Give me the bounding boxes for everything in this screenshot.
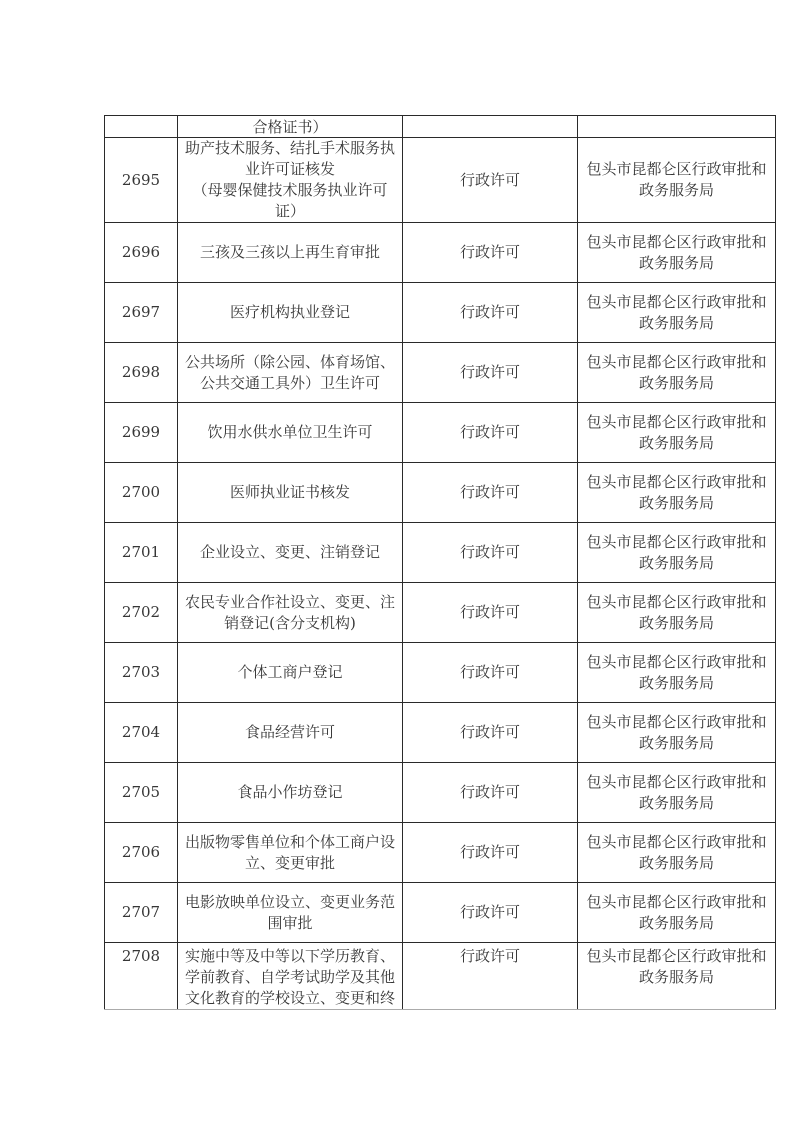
table-row: 2707 电影放映单位设立、变更业务范 围审批 行政许可 包头市昆都仑区行政审批… (105, 883, 776, 943)
item-type-cell: 行政许可 (403, 643, 578, 703)
item-type-cell: 行政许可 (403, 343, 578, 403)
row-number-cell: 2704 (105, 703, 178, 763)
department-cell: 包头市昆都仑区行政审批和 政务服务局 (578, 643, 776, 703)
item-name-cell: 助产技术服务、结扎手术服务执 业许可证核发 （母婴保健技术服务执业许可 证） (178, 138, 403, 223)
row-number-cell: 2705 (105, 763, 178, 823)
item-name-cell: 个体工商户登记 (178, 643, 403, 703)
table-row: 2695 助产技术服务、结扎手术服务执 业许可证核发 （母婴保健技术服务执业许可… (105, 138, 776, 223)
item-name-cell: 三孩及三孩以上再生育审批 (178, 223, 403, 283)
department-cell: 包头市昆都仑区行政审批和 政务服务局 (578, 463, 776, 523)
table-row: 2708 实施中等及中等以下学历教育、 学前教育、自学考试助学及其他 文化教育的… (105, 943, 776, 1010)
item-name-cell: 企业设立、变更、注销登记 (178, 523, 403, 583)
item-type-cell: 行政许可 (403, 403, 578, 463)
item-name-cell: 食品经营许可 (178, 703, 403, 763)
table-row: 2704 食品经营许可 行政许可 包头市昆都仑区行政审批和 政务服务局 (105, 703, 776, 763)
item-name-cell: 饮用水供水单位卫生许可 (178, 403, 403, 463)
row-number-cell: 2703 (105, 643, 178, 703)
table-row: 2703 个体工商户登记 行政许可 包头市昆都仑区行政审批和 政务服务局 (105, 643, 776, 703)
row-number-cell: 2707 (105, 883, 178, 943)
document-page: 合格证书） 2695 助产技术服务、结扎手术服务执 业许可证核发 （母婴保健技术… (0, 0, 793, 1122)
item-name-cell: 食品小作坊登记 (178, 763, 403, 823)
item-type-cell: 行政许可 (403, 223, 578, 283)
item-type-cell: 行政许可 (403, 523, 578, 583)
department-cell: 包头市昆都仑区行政审批和 政务服务局 (578, 823, 776, 883)
row-number-cell (105, 116, 178, 138)
department-cell: 包头市昆都仑区行政审批和 政务服务局 (578, 703, 776, 763)
table-row: 2701 企业设立、变更、注销登记 行政许可 包头市昆都仑区行政审批和 政务服务… (105, 523, 776, 583)
row-number-cell: 2702 (105, 583, 178, 643)
approval-items-table: 合格证书） 2695 助产技术服务、结扎手术服务执 业许可证核发 （母婴保健技术… (104, 115, 776, 1010)
table-row: 2705 食品小作坊登记 行政许可 包头市昆都仑区行政审批和 政务服务局 (105, 763, 776, 823)
item-name-cell: 合格证书） (178, 116, 403, 138)
table-row: 2698 公共场所（除公园、体育场馆、 公共交通工具外）卫生许可 行政许可 包头… (105, 343, 776, 403)
row-number-cell: 2697 (105, 283, 178, 343)
department-cell (578, 116, 776, 138)
department-cell: 包头市昆都仑区行政审批和 政务服务局 (578, 763, 776, 823)
table-row: 2696 三孩及三孩以上再生育审批 行政许可 包头市昆都仑区行政审批和 政务服务… (105, 223, 776, 283)
item-name-cell: 电影放映单位设立、变更业务范 围审批 (178, 883, 403, 943)
table-row: 2706 出版物零售单位和个体工商户设 立、变更审批 行政许可 包头市昆都仑区行… (105, 823, 776, 883)
row-number-cell: 2706 (105, 823, 178, 883)
department-cell: 包头市昆都仑区行政审批和 政务服务局 (578, 943, 776, 1010)
row-number-cell: 2698 (105, 343, 178, 403)
item-type-cell: 行政许可 (403, 883, 578, 943)
item-name-cell: 医师执业证书核发 (178, 463, 403, 523)
table-row: 2702 农民专业合作社设立、变更、注 销登记(含分支机构) 行政许可 包头市昆… (105, 583, 776, 643)
item-name-cell: 农民专业合作社设立、变更、注 销登记(含分支机构) (178, 583, 403, 643)
item-type-cell: 行政许可 (403, 583, 578, 643)
item-type-cell: 行政许可 (403, 463, 578, 523)
item-name-cell: 医疗机构执业登记 (178, 283, 403, 343)
row-number-cell: 2695 (105, 138, 178, 223)
table-row: 合格证书） (105, 116, 776, 138)
row-number-cell: 2701 (105, 523, 178, 583)
department-cell: 包头市昆都仑区行政审批和 政务服务局 (578, 523, 776, 583)
item-type-cell: 行政许可 (403, 823, 578, 883)
table-row: 2699 饮用水供水单位卫生许可 行政许可 包头市昆都仑区行政审批和 政务服务局 (105, 403, 776, 463)
department-cell: 包头市昆都仑区行政审批和 政务服务局 (578, 583, 776, 643)
item-type-cell: 行政许可 (403, 943, 578, 1010)
row-number-cell: 2700 (105, 463, 178, 523)
item-name-cell: 实施中等及中等以下学历教育、 学前教育、自学考试助学及其他 文化教育的学校设立、… (178, 943, 403, 1010)
item-type-cell: 行政许可 (403, 283, 578, 343)
item-name-cell: 公共场所（除公园、体育场馆、 公共交通工具外）卫生许可 (178, 343, 403, 403)
item-type-cell: 行政许可 (403, 138, 578, 223)
department-cell: 包头市昆都仑区行政审批和 政务服务局 (578, 883, 776, 943)
item-type-cell: 行政许可 (403, 703, 578, 763)
item-type-cell: 行政许可 (403, 763, 578, 823)
item-type-cell (403, 116, 578, 138)
row-number-cell: 2699 (105, 403, 178, 463)
department-cell: 包头市昆都仑区行政审批和 政务服务局 (578, 343, 776, 403)
department-cell: 包头市昆都仑区行政审批和 政务服务局 (578, 403, 776, 463)
table-row: 2697 医疗机构执业登记 行政许可 包头市昆都仑区行政审批和 政务服务局 (105, 283, 776, 343)
table-row: 2700 医师执业证书核发 行政许可 包头市昆都仑区行政审批和 政务服务局 (105, 463, 776, 523)
row-number-cell: 2708 (105, 943, 178, 1010)
row-number-cell: 2696 (105, 223, 178, 283)
department-cell: 包头市昆都仑区行政审批和 政务服务局 (578, 223, 776, 283)
department-cell: 包头市昆都仑区行政审批和 政务服务局 (578, 283, 776, 343)
item-name-cell: 出版物零售单位和个体工商户设 立、变更审批 (178, 823, 403, 883)
department-cell: 包头市昆都仑区行政审批和 政务服务局 (578, 138, 776, 223)
